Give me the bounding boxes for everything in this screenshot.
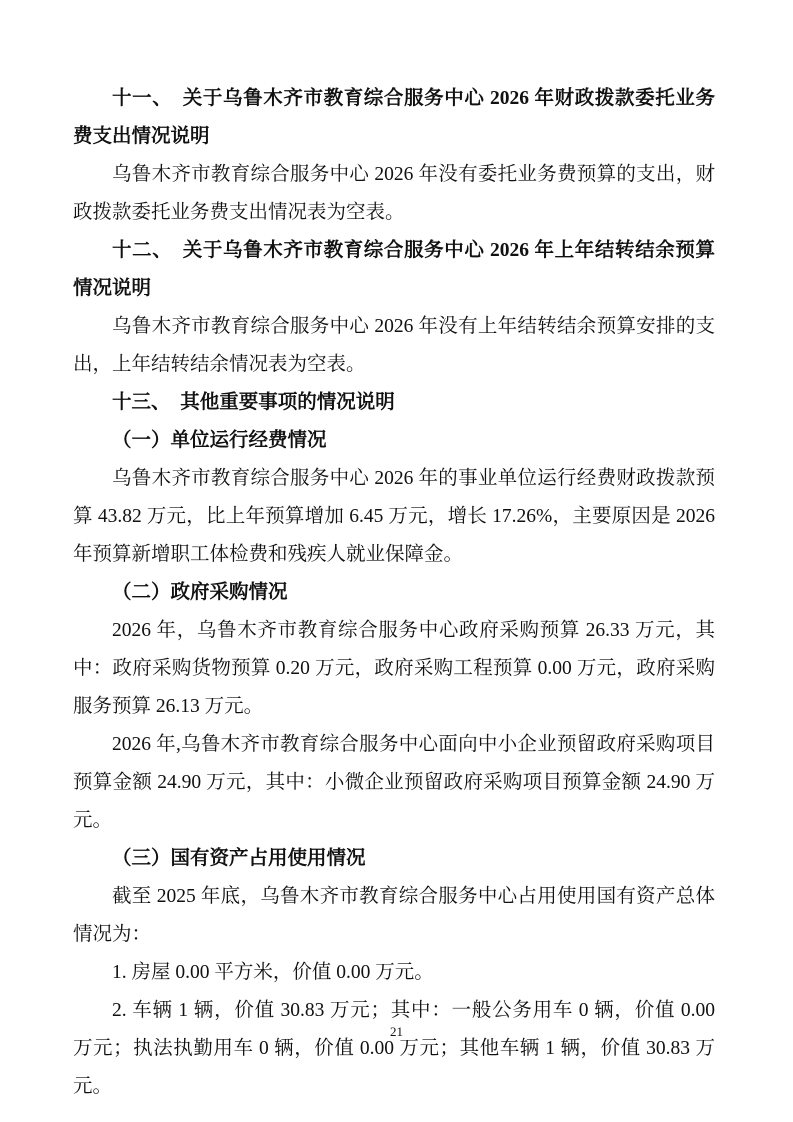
paragraph: 2026 年,乌鲁木齐市教育综合服务中心面向中小企业预留政府采购项目预算金额 2… xyxy=(73,726,715,840)
section-heading: （二）政府采购情况 xyxy=(73,574,715,612)
document-page: 十一、 关于乌鲁木齐市教育综合服务中心 2026 年财政拨款委托业务费支出情况说… xyxy=(0,0,793,1122)
document-body: 十一、 关于乌鲁木齐市教育综合服务中心 2026 年财政拨款委托业务费支出情况说… xyxy=(73,80,715,1106)
paragraph: 2026 年，乌鲁木齐市教育综合服务中心政府采购预算 26.33 万元，其中：政… xyxy=(73,612,715,726)
section-heading: （三）国有资产占用使用情况 xyxy=(73,840,715,878)
section-heading: 十一、 关于乌鲁木齐市教育综合服务中心 2026 年财政拨款委托业务费支出情况说… xyxy=(73,80,715,156)
paragraph: 截至 2025 年底，乌鲁木齐市教育综合服务中心占用使用国有资产总体情况为： xyxy=(73,878,715,954)
page-number: 21 xyxy=(0,1022,793,1042)
paragraph: 2. 车辆 1 辆，价值 30.83 万元；其中：一般公务用车 0 辆，价值 0… xyxy=(73,992,715,1106)
paragraph: 1. 房屋 0.00 平方米，价值 0.00 万元。 xyxy=(73,954,715,992)
paragraph: 乌鲁木齐市教育综合服务中心 2026 年没有上年结转结余预算安排的支出，上年结转… xyxy=(73,308,715,384)
paragraph: 乌鲁木齐市教育综合服务中心 2026 年的事业单位运行经费财政拨款预算 43.8… xyxy=(73,460,715,574)
section-heading: 十三、 其他重要事项的情况说明 xyxy=(73,384,715,422)
section-heading: 十二、 关于乌鲁木齐市教育综合服务中心 2026 年上年结转结余预算情况说明 xyxy=(73,232,715,308)
paragraph: 乌鲁木齐市教育综合服务中心 2026 年没有委托业务费预算的支出，财政拨款委托业… xyxy=(73,156,715,232)
section-heading: （一）单位运行经费情况 xyxy=(73,422,715,460)
